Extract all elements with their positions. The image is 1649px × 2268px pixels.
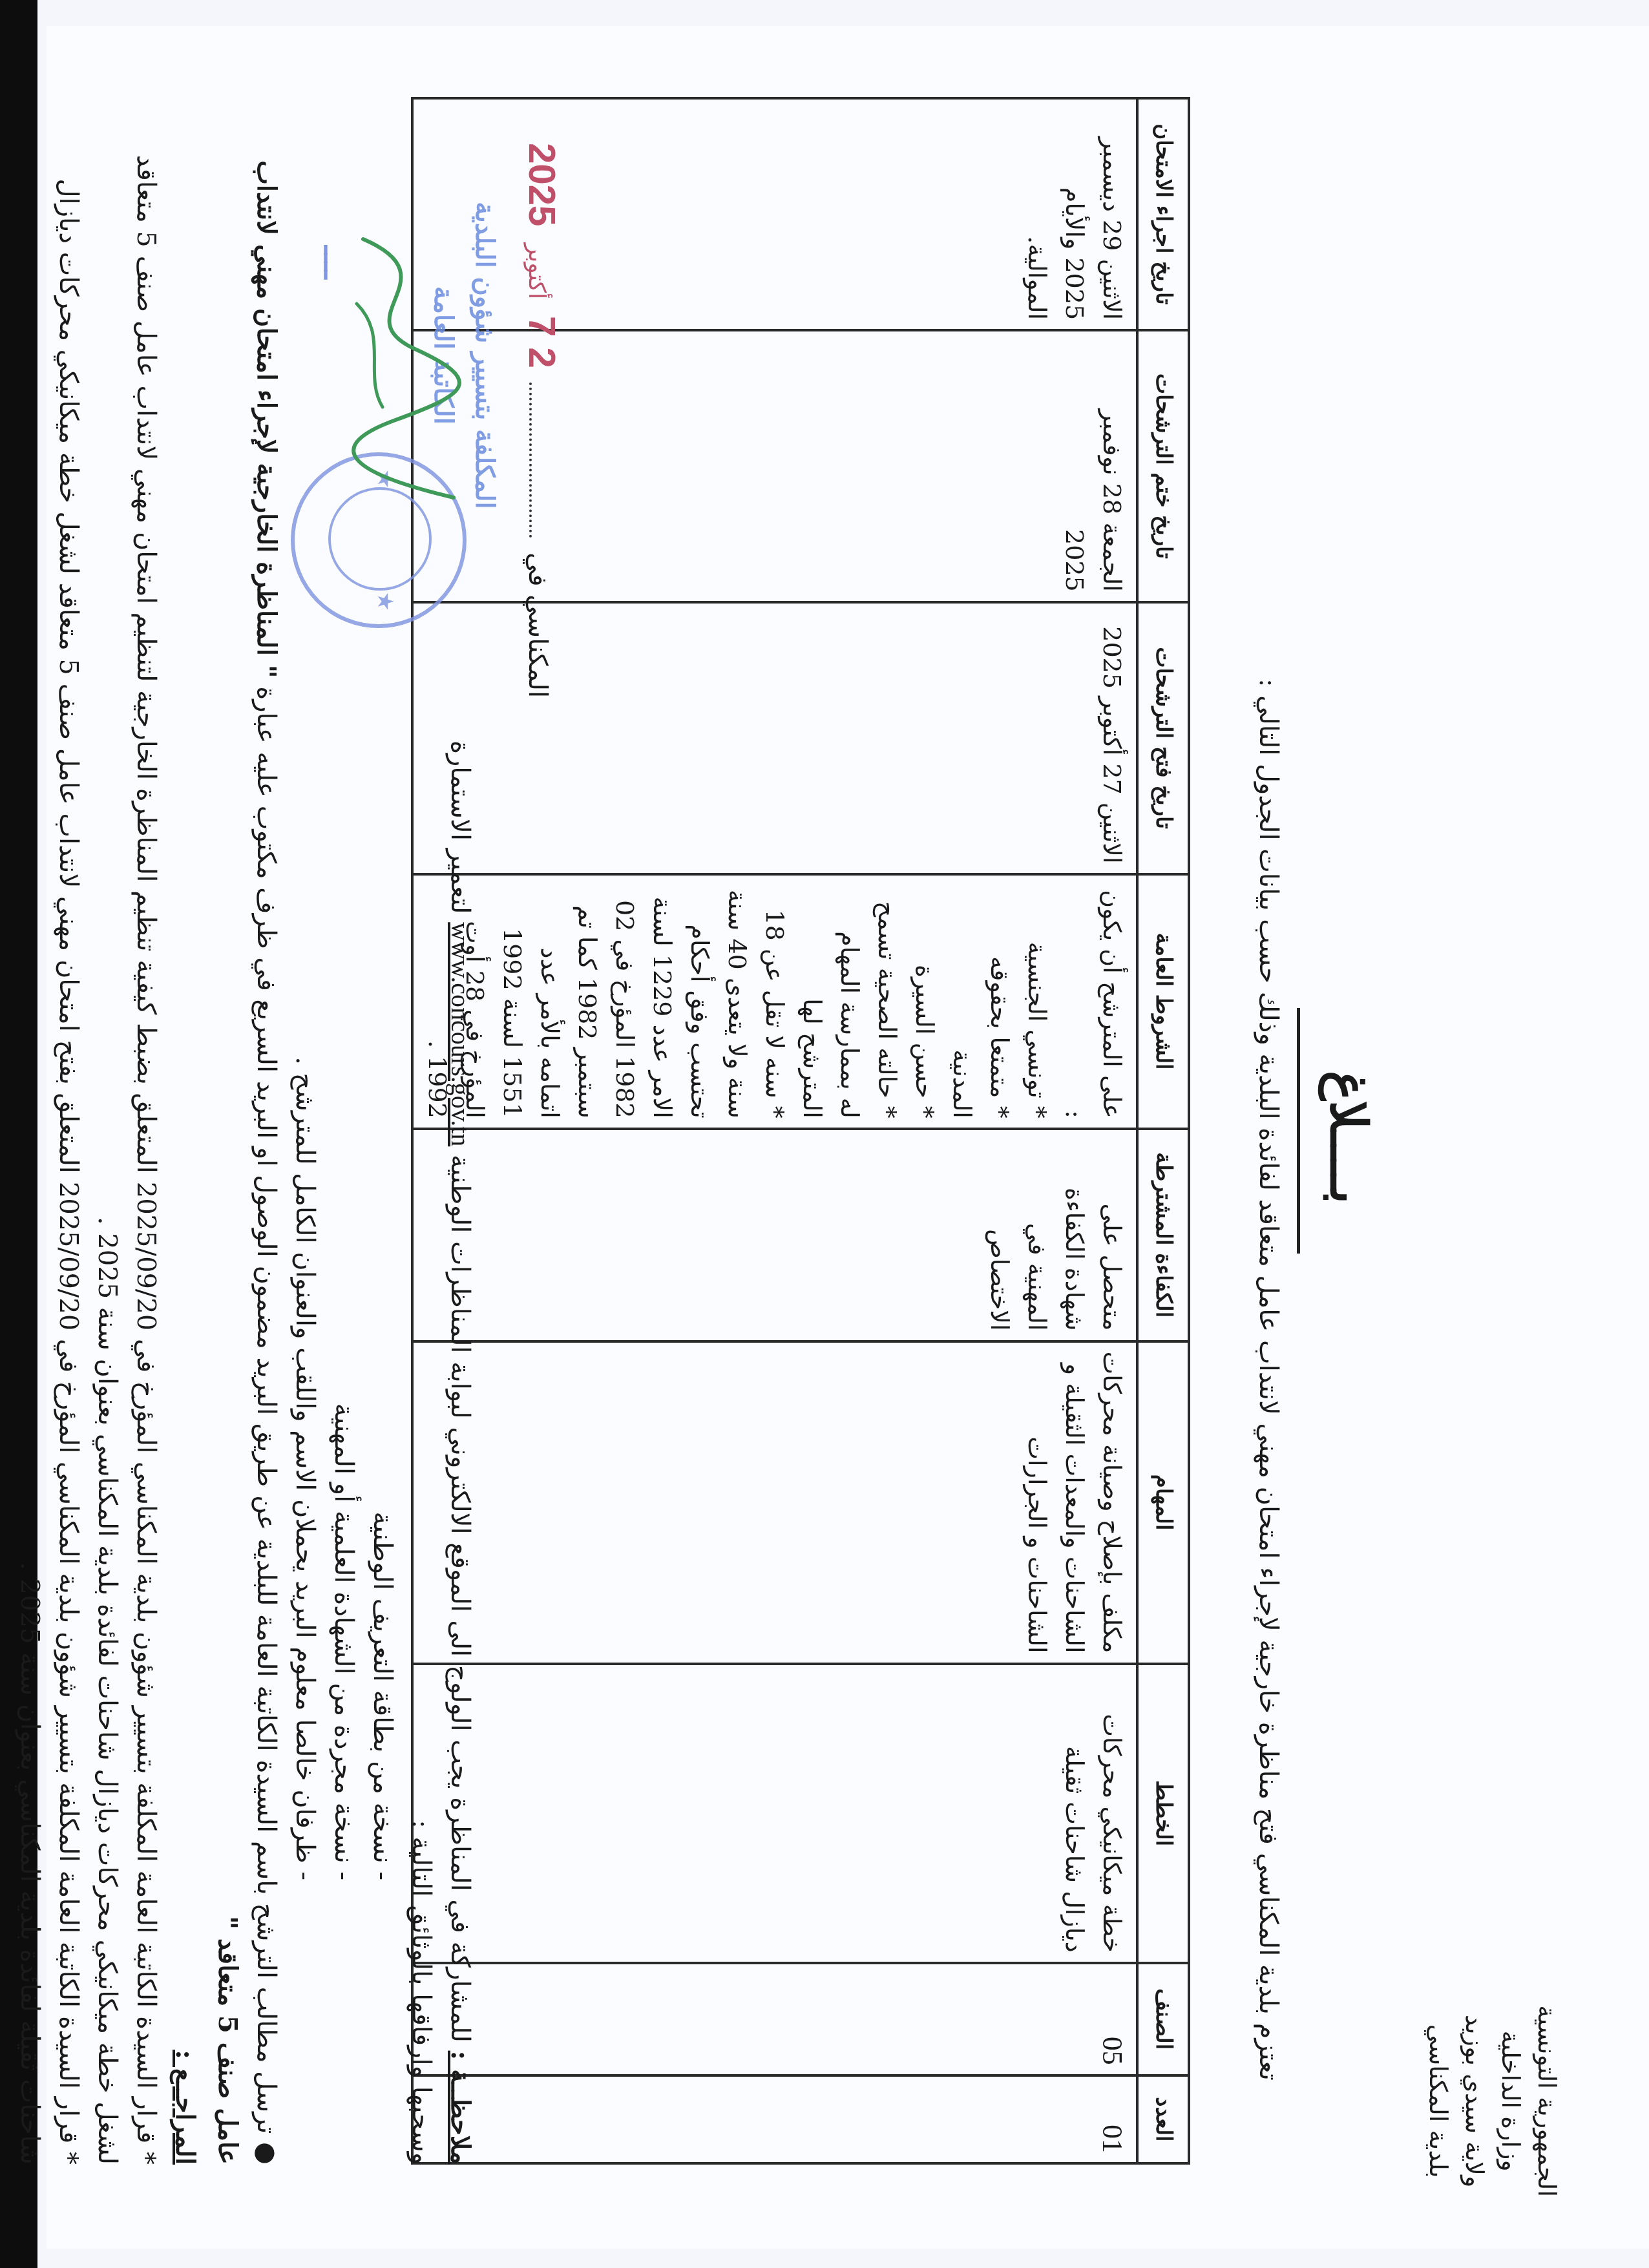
letterhead-line: وزارة الداخلية [1493,2005,1529,2197]
reference-item: * قرار السيدة الكاتبة العامة المكلفة بتس… [88,97,165,2165]
header-grade: الصنف [1137,1963,1189,2075]
header-open-date: تاريخ فتح الترشحات [1137,602,1189,874]
header-tasks: المهام [1137,1341,1189,1664]
header-close-date: تاريخ ختم الترشحات [1137,330,1189,602]
stamp-name: ــــ [317,246,350,279]
reference-item: * قرار السيدة الكاتبة العامة المكلفة بتس… [10,97,88,2165]
header-qualification: الكفاءة المشترطة [1137,1129,1189,1341]
condition-line: على المترشح أن يكون : [1056,885,1131,1118]
cell-grade: 05 [412,1963,1137,2075]
place-date-line: المكناسي في 2 7 أكتوبر 2025 [520,116,563,698]
condition-line: * متمتعا بحقوقه المدنية [943,885,1018,1118]
date-stamp-month: أكتوبر [524,243,551,299]
cell-conditions: على المترشح أن يكون : * تونسي الجنسية * … [412,874,1137,1129]
date-stamp: 2 7 أكتوبر 2025 [521,143,563,368]
letterhead-line: ولاية سيدي بوزيد [1456,2005,1493,2197]
note-label: ملاحظــة : [445,2051,476,2165]
header-exam-date: تاريخ اجراء الامتحان [1137,98,1189,330]
dotted-line [529,383,532,538]
condition-line: * حسن السيرة [906,885,943,1118]
send-instruction-text: ● ترسل مطالب الترشح باسم السيدة الكاتبة … [251,686,281,2165]
note-text: للمشاركة في المناظرة يجب الولوج الى المو… [445,1155,475,2042]
cell-tasks: مكلف بإصلاح وصيانة محركات الشاحنات والمع… [412,1341,1137,1664]
letterhead-line: الجمهورية التونسية [1529,2005,1565,2197]
document-title: بــــلاغ [1319,26,1378,2249]
title-underline [1297,1008,1300,1254]
references-label: المراجــع : [165,97,204,2165]
signature-block: المكناسي في 2 7 أكتوبر 2025 المكلفة بتسي… [240,116,563,698]
header-post: الخطط [1137,1664,1189,1963]
condition-line: * حالته الصحية تسمح له بممارسة المهام ال… [793,885,906,1118]
cell-count: 01 [412,2075,1137,2163]
letterhead: الجمهورية التونسية وزارة الداخلية ولاية … [1420,2005,1565,2197]
header-conditions: الشروط العامة [1137,874,1189,1129]
note-text-after: لتعمير الاستمارة [445,740,475,914]
place-prefix: المكناسي في [523,552,552,698]
concours-link[interactable]: www.concours.gov.tn [446,922,475,1146]
intro-paragraph: تعتزم بلدية المكناسي فتح مناظرة خارجية ل… [1250,678,1287,2081]
cell-qualification: متحصل على شهادة الكفاءة المهنية في الاخت… [412,1129,1137,1341]
table-header-row: العدد الصنف الخطط المهام الكفاءة المشترط… [1137,98,1189,2163]
date-stamp-year: 2025 [521,143,563,226]
cell-post: خطة ميكانيكي محركات ديازال شاحنات ثقيلة [412,1664,1137,1963]
seal-star-icon: ★ [372,592,398,611]
letterhead-line: بلدية المكناسي [1420,2005,1456,2197]
date-stamp-day: 2 7 [521,316,563,368]
header-count: العدد [1137,2075,1189,2163]
condition-line: * تونسي الجنسية [1018,885,1056,1118]
document-page: الجمهورية التونسية وزارة الداخلية ولاية … [47,26,1649,2249]
